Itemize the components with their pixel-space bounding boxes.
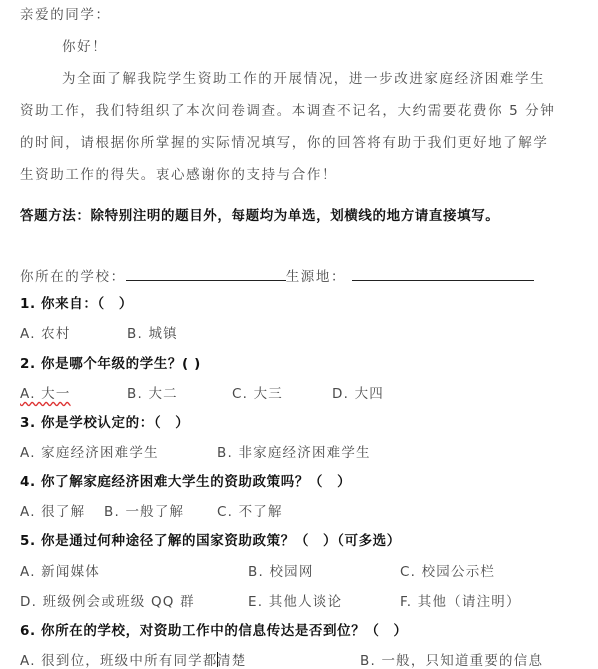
instructions: 答题方法：除特别注明的题目外，每题均为单选，划横线的地方请直接填写。 (20, 207, 499, 225)
question-4-title: 4. 你了解家庭经济困难大学生的资助政策吗？（ ） (20, 473, 351, 491)
intro-line-2: 资助工作，我们特组织了本次问卷调查。本调查不记名，大约需要花费你 5 分钟 (20, 102, 555, 120)
q6-option-b[interactable]: B. 一般，只知道重要的信息 (360, 652, 543, 669)
origin-input-blank[interactable] (352, 266, 534, 281)
intro-line-1: 为全面了解我院学生资助工作的开展情况，进一步改进家庭经济困难学生 (62, 70, 545, 88)
q5-option-d[interactable]: D. 班级例会或班级 QQ 群 (20, 593, 195, 611)
question-1-title: 1. 你来自：（ ） (20, 295, 133, 313)
q4-option-a[interactable]: A. 很了解 (20, 503, 85, 521)
question-6-title: 6. 你所在的学校，对资助工作中的信息传达是否到位？（ ） (20, 622, 408, 640)
greeting: 亲爱的同学： (20, 6, 111, 24)
school-origin-row: 你所在的学校：生源地： (20, 266, 534, 286)
question-5-title: 5. 你是通过何种途径了解的国家资助政策？（ ）（可多选） (20, 532, 401, 550)
q1-option-b[interactable]: B. 城镇 (127, 325, 178, 343)
intro-line-4: 生资助工作的得失。衷心感谢你的支持与合作！ (20, 166, 337, 184)
q2-option-c[interactable]: C. 大三 (232, 385, 283, 403)
q5-option-e[interactable]: E. 其他人谈论 (248, 593, 342, 611)
q6-option-a-text-2: 清楚 (217, 653, 246, 669)
intro-line-3: 的时间，请根据你所掌握的实际情况填写，你的回答将有助于我们更好地了解学 (20, 134, 549, 152)
question-2-title: 2. 你是哪个年级的学生？( ) (20, 355, 201, 373)
q5-option-f[interactable]: F. 其他（请注明） (400, 593, 521, 611)
school-label: 你所在的学校： (20, 269, 126, 285)
q4-option-b[interactable]: B. 一般了解 (104, 503, 184, 521)
question-3-title: 3. 你是学校认定的：（ ） (20, 414, 189, 432)
q2-option-b[interactable]: B. 大二 (127, 385, 178, 403)
q3-option-a[interactable]: A. 家庭经济困难学生 (20, 444, 159, 462)
q2-option-d[interactable]: D. 大四 (332, 385, 384, 403)
q3-option-b[interactable]: B. 非家庭经济困难学生 (217, 444, 371, 462)
q2-option-a[interactable]: A. 大一 (20, 385, 71, 403)
q5-option-b[interactable]: B. 校园网 (248, 563, 314, 581)
school-input-blank[interactable] (126, 266, 286, 281)
q6-option-a[interactable]: A. 很到位，班级中所有同学都清楚 (20, 652, 247, 669)
q5-option-c[interactable]: C. 校园公示栏 (400, 563, 495, 581)
q2-option-a-label: A. 大一 (20, 386, 71, 402)
hello-line: 你好！ (62, 38, 107, 56)
q1-option-a[interactable]: A. 农村 (20, 325, 71, 343)
q4-option-c[interactable]: C. 不了解 (217, 503, 283, 521)
q6-option-a-text-1: A. 很到位，班级中所有同学都 (20, 653, 218, 669)
origin-label: 生源地： (286, 269, 346, 285)
q5-option-a[interactable]: A. 新闻媒体 (20, 563, 100, 581)
